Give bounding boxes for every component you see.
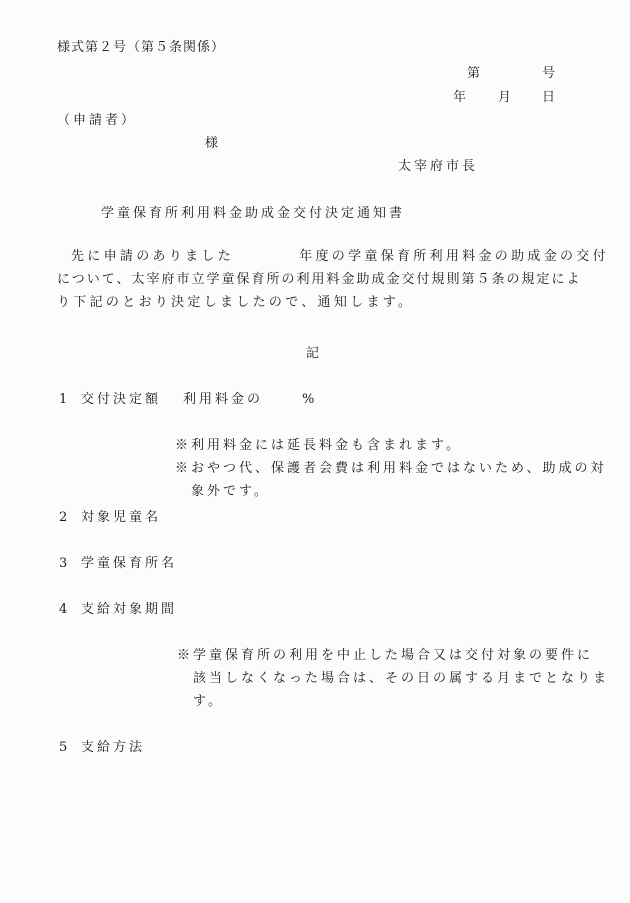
applicant-honorific: 様 bbox=[205, 136, 221, 152]
body-paragraph: 先に申請のありました 年度の学童保育所利用料金の助成金の交付 について、太宰府市… bbox=[57, 245, 577, 314]
item-3-number: 3 bbox=[59, 556, 70, 572]
item-1-note-1: ※利用料金には延長料金も含まれます。 bbox=[175, 438, 462, 454]
item-2-number: 2 bbox=[59, 510, 70, 526]
form-label: 様式第２号（第５条関係） bbox=[57, 40, 225, 56]
date-month-label: 月 bbox=[498, 90, 514, 106]
item-5-label: 支給方法 bbox=[81, 740, 145, 756]
applicant-label: （申請者） bbox=[57, 113, 137, 129]
issuer-name: 太宰府市長 bbox=[398, 159, 478, 175]
body-line: り下記のとおり決定しましたので、通知します。 bbox=[57, 291, 577, 314]
item-1-note-2-line-1: ※おやつ代、保護者会費は利用料金ではないため、助成の対 bbox=[175, 461, 606, 477]
item-1-value-prefix: 利用料金の bbox=[183, 392, 263, 408]
item-4-note-line-1: ※学童保育所の利用を中止した場合又は交付対象の要件に bbox=[177, 648, 593, 664]
body-line: について、太宰府市立学童保育所の利用料金助成金交付規則第５条の規定によ bbox=[57, 268, 577, 291]
ki-label: 記 bbox=[306, 346, 322, 362]
date-year-label: 年 bbox=[453, 90, 469, 106]
item-2-label: 対象児童名 bbox=[81, 510, 161, 526]
document-number-suffix: 号 bbox=[542, 66, 558, 82]
item-1-note-2-line-2: 象外です。 bbox=[175, 484, 270, 500]
date-day-label: 日 bbox=[542, 90, 558, 106]
document-number-prefix: 第 bbox=[467, 66, 483, 82]
item-5-number: 5 bbox=[59, 740, 70, 756]
item-1-value-suffix: % bbox=[302, 392, 317, 408]
item-1-number: 1 bbox=[59, 392, 70, 408]
item-4-number: 4 bbox=[59, 602, 70, 618]
item-4-label: 支給対象期間 bbox=[81, 602, 177, 618]
document-title: 学童保育所利用料金助成金交付決定通知書 bbox=[101, 206, 405, 222]
body-line: 先に申請のありました 年度の学童保育所利用料金の助成金の交付 bbox=[57, 245, 577, 268]
item-3-label: 学童保育所名 bbox=[81, 556, 177, 572]
item-4-note-line-2: 該当しなくなった場合は、その日の属する月までとなりま bbox=[177, 671, 609, 687]
item-1-label: 交付決定額 bbox=[81, 392, 161, 408]
item-4-note-line-3: す。 bbox=[177, 694, 224, 710]
